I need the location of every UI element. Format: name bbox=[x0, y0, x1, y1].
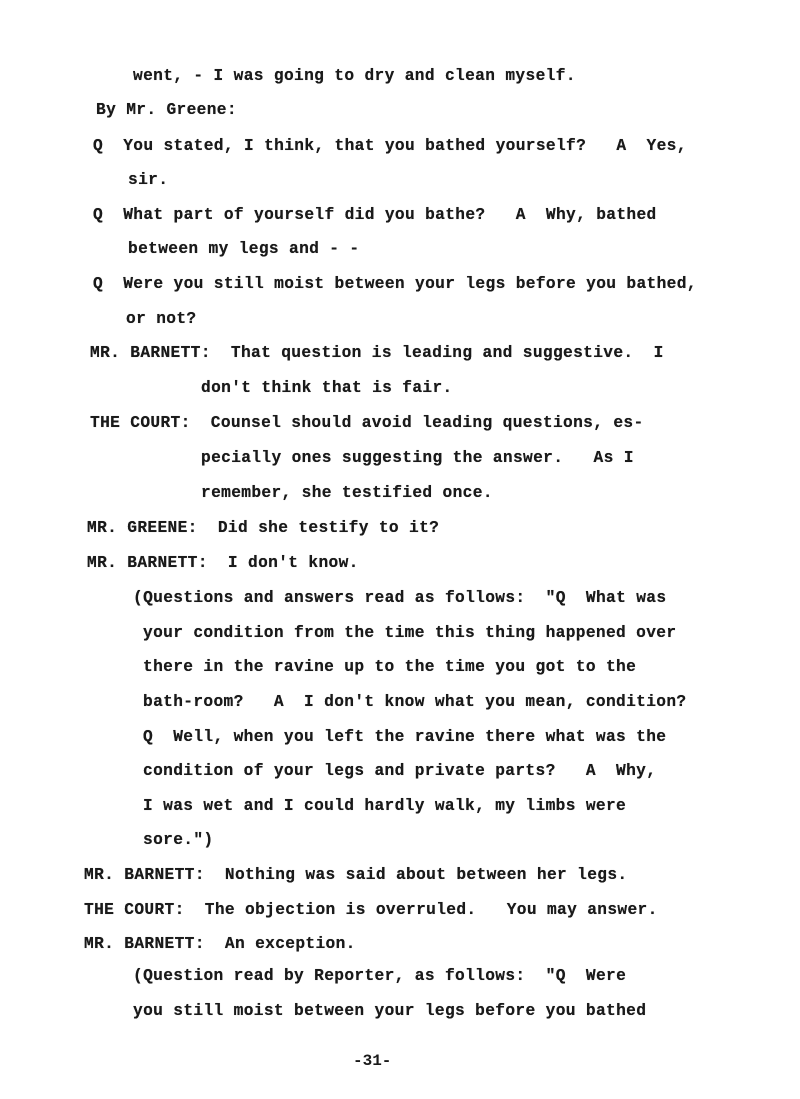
transcript-line: MR. BARNETT: An exception. bbox=[84, 934, 356, 954]
transcript-line: THE COURT: Counsel should avoid leading … bbox=[90, 413, 644, 433]
transcript-line: (Questions and answers read as follows: … bbox=[133, 588, 666, 608]
transcript-line: I was wet and I could hardly walk, my li… bbox=[143, 796, 626, 816]
transcript-line: MR. BARNETT: That question is leading an… bbox=[90, 343, 664, 363]
examiner-heading: By Mr. Greene: bbox=[96, 100, 237, 120]
transcript-line: THE COURT: The objection is overruled. Y… bbox=[84, 900, 658, 920]
transcript-line: (Question read by Reporter, as follows: … bbox=[133, 966, 626, 986]
page-number: -31- bbox=[353, 1052, 391, 1070]
transcript-line: Q Were you still moist between your legs… bbox=[93, 274, 697, 294]
transcript-line: sir. bbox=[128, 170, 168, 190]
transcript-line: you still moist between your legs before… bbox=[133, 1001, 646, 1021]
transcript-line: your condition from the time this thing … bbox=[143, 623, 676, 643]
transcript-page: went, - I was going to dry and clean mys… bbox=[0, 0, 800, 1099]
transcript-line: between my legs and - - bbox=[128, 239, 359, 259]
transcript-line: Q Well, when you left the ravine there w… bbox=[143, 727, 666, 747]
transcript-line: Q You stated, I think, that you bathed y… bbox=[93, 136, 687, 156]
transcript-line: went, - I was going to dry and clean mys… bbox=[133, 66, 576, 86]
transcript-line: MR. GREENE: Did she testify to it? bbox=[87, 518, 439, 538]
transcript-line: Q What part of yourself did you bathe? A… bbox=[93, 205, 657, 225]
transcript-line: don't think that is fair. bbox=[201, 378, 453, 398]
transcript-line: MR. BARNETT: Nothing was said about betw… bbox=[84, 865, 627, 885]
transcript-line: or not? bbox=[126, 309, 196, 329]
transcript-line: condition of your legs and private parts… bbox=[143, 761, 656, 781]
transcript-line: remember, she testified once. bbox=[201, 483, 493, 503]
transcript-line: pecially ones suggesting the answer. As … bbox=[201, 448, 634, 468]
transcript-line: sore.") bbox=[143, 830, 213, 850]
transcript-line: there in the ravine up to the time you g… bbox=[143, 657, 636, 677]
transcript-line: MR. BARNETT: I don't know. bbox=[87, 553, 359, 573]
transcript-line: bath-room? A I don't know what you mean,… bbox=[143, 692, 686, 712]
